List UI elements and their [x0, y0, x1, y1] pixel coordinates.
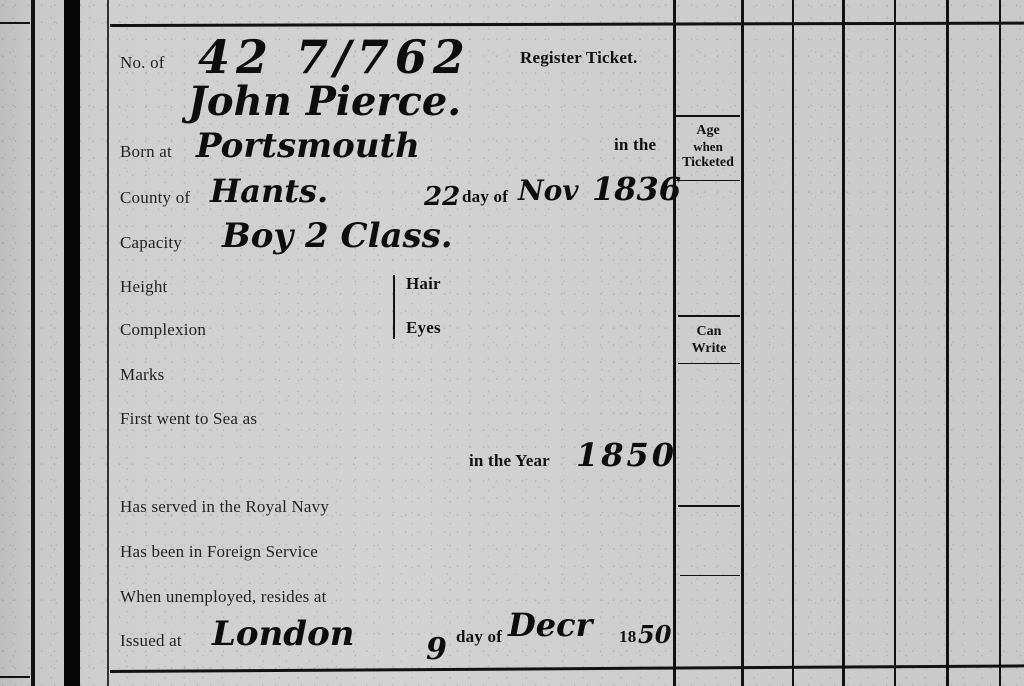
- seaman-name: John Pierce.: [188, 78, 461, 125]
- column-line-3: [792, 0, 794, 686]
- height-label: Height: [120, 277, 167, 297]
- county-value: Hants.: [210, 172, 328, 210]
- birth-day-of-label: day of: [462, 187, 508, 207]
- scanned-register-page: Age when Ticketed Can Write No. of 42 7/…: [0, 0, 1024, 686]
- birth-year: 1836: [592, 170, 681, 208]
- age-box-bottom-rule: [676, 180, 740, 181]
- issued-year-written: 50: [638, 620, 671, 649]
- write-box-bottom-rule: [678, 363, 740, 364]
- issued-at-label: Issued at: [120, 631, 182, 651]
- capacity-value: Boy 2 Class.: [222, 216, 453, 256]
- issued-day: 9: [426, 632, 447, 667]
- in-the-year-value: 1850: [576, 436, 677, 474]
- column-line-4: [842, 0, 845, 686]
- capacity-label: Capacity: [120, 233, 182, 253]
- in-the-year-label: in the Year: [469, 451, 550, 471]
- foreign-service-label: Has been in Foreign Service: [120, 542, 318, 562]
- can-write-line2: Write: [675, 340, 743, 357]
- age-when-ticketed-heading: Age when Ticketed: [674, 122, 742, 171]
- age-heading-line1: Age: [674, 122, 742, 139]
- hair-eyes-bracket: [393, 275, 395, 339]
- no-of-label: No. of: [120, 53, 165, 73]
- can-write-heading: Can Write: [675, 323, 743, 357]
- column-line-6: [946, 0, 949, 686]
- lower-box-top-rule: [678, 505, 740, 507]
- issued-month: Decr: [508, 606, 592, 644]
- county-of-label: County of: [120, 188, 190, 208]
- left-page-edge-line: [31, 0, 35, 686]
- age-heading-line3: Ticketed: [674, 154, 742, 171]
- left-margin-rule-top: [0, 22, 30, 24]
- issued-place: London: [212, 614, 354, 654]
- can-write-line1: Can: [675, 323, 743, 340]
- marks-label: Marks: [120, 365, 164, 385]
- binding-shadow: [64, 0, 80, 686]
- birth-day: 22: [424, 182, 460, 212]
- form-left-border: [107, 0, 109, 686]
- born-at-label: Born at: [120, 142, 172, 162]
- resides-at-label: When unemployed, resides at: [120, 587, 327, 607]
- write-box-top-rule: [678, 315, 740, 317]
- eyes-label: Eyes: [406, 318, 441, 338]
- issued-year-printed: 18: [619, 627, 636, 647]
- column-line-5: [894, 0, 896, 686]
- age-heading-line2: when: [674, 139, 742, 154]
- lower-box-bottom-rule: [680, 575, 740, 576]
- royal-navy-label: Has served in the Royal Navy: [120, 497, 329, 517]
- age-box-top-rule: [676, 115, 740, 117]
- birth-month: Nov: [518, 174, 579, 207]
- complexion-label: Complexion: [120, 320, 206, 340]
- hair-label: Hair: [406, 274, 441, 294]
- column-line-7: [999, 0, 1001, 686]
- in-the-label: in the: [614, 135, 656, 155]
- born-at-value: Portsmouth: [196, 126, 420, 166]
- register-ticket-label: Register Ticket.: [520, 48, 637, 68]
- first-went-to-sea-label: First went to Sea as: [120, 409, 257, 429]
- issued-day-of-label: day of: [456, 627, 502, 647]
- paper-texture: [0, 0, 1024, 686]
- ticket-number: 42 7/762: [198, 30, 471, 84]
- left-margin-rule-bottom: [0, 676, 30, 678]
